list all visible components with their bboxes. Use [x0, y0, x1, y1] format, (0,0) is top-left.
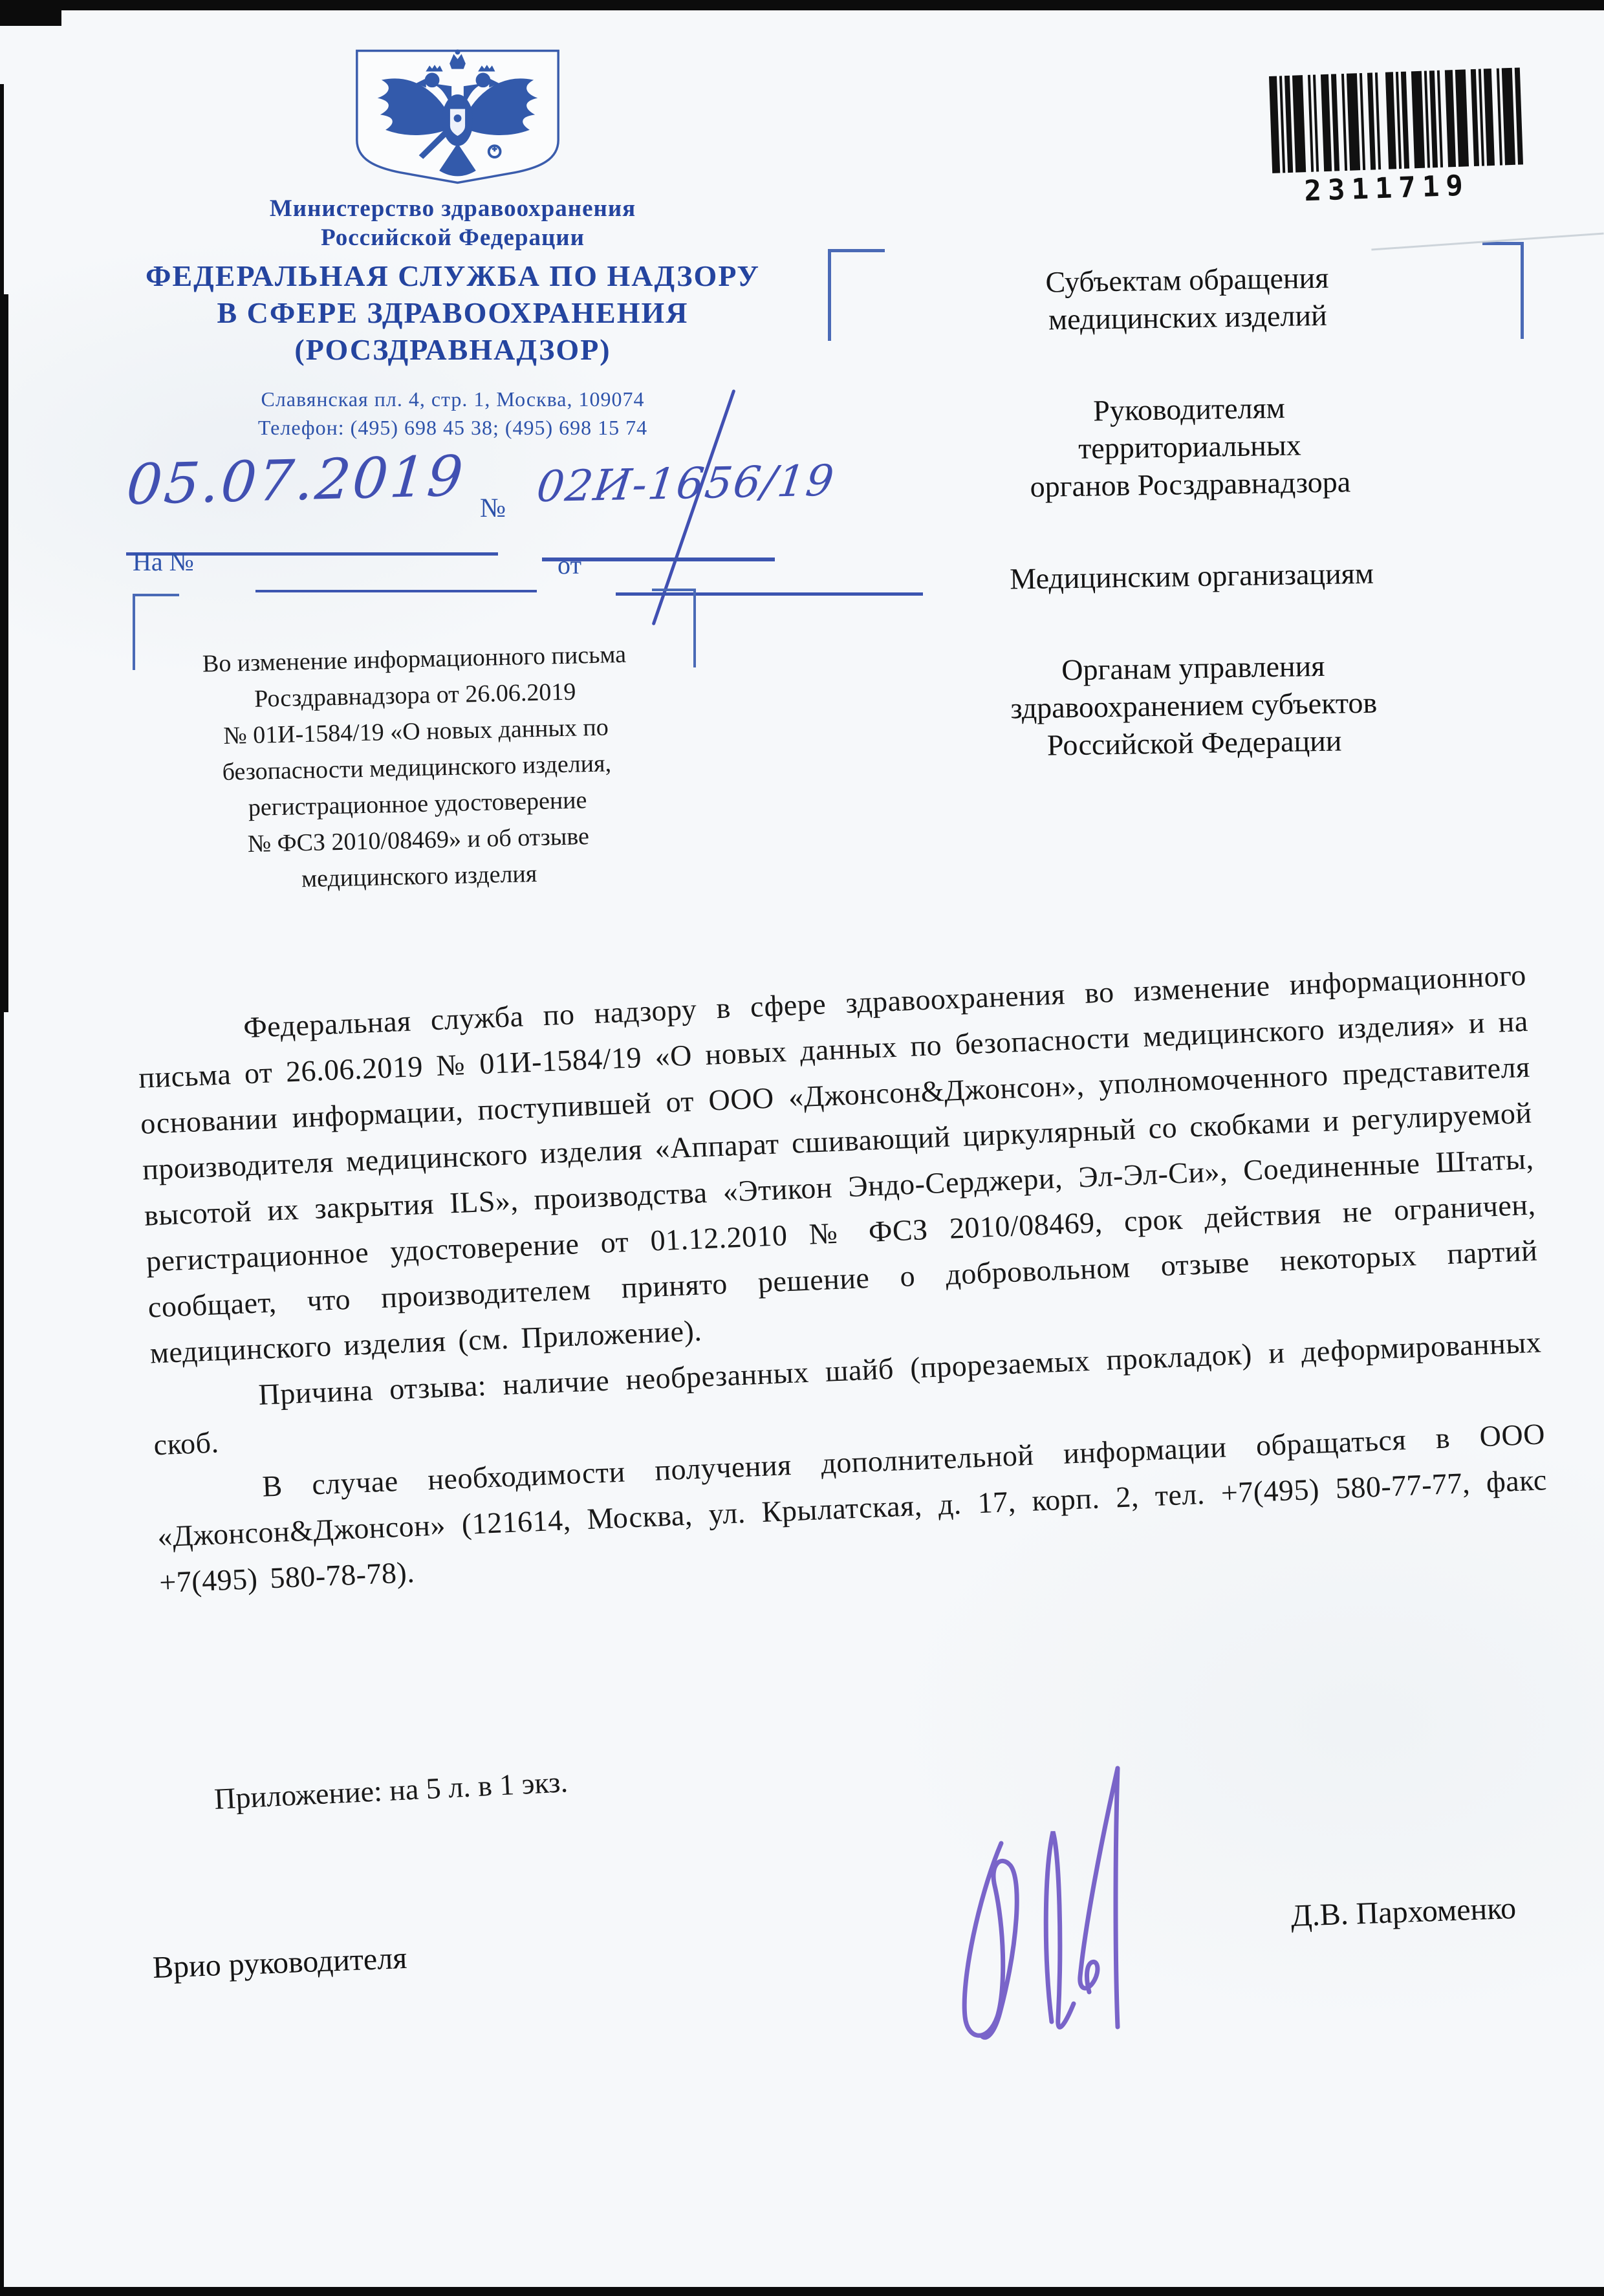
barcode: 2311719	[1269, 69, 1501, 209]
recipient-line: Медицинским организациям	[868, 552, 1515, 600]
reply-from-label: от	[558, 550, 581, 580]
scan-artifact-bottom-edge	[0, 2287, 1604, 2296]
recipient-group: Медицинским организациям	[868, 552, 1515, 600]
scan-artifact-top-edge	[0, 0, 1604, 10]
scan-artifact-left-edge-thick	[0, 294, 8, 1012]
corner-mark	[1521, 242, 1524, 339]
handwritten-date: 05.07.2019	[124, 444, 467, 517]
signature	[925, 1746, 1184, 2053]
ministry-line: Министерство здравоохранения	[123, 194, 783, 223]
coat-of-arms-icon	[349, 47, 566, 191]
barcode-bars	[1269, 69, 1500, 173]
scanned-letter-page: 2311719 Министерство здравоохранения Рос…	[0, 0, 1604, 2296]
corner-mark	[133, 594, 179, 596]
letter-subject: Во изменение информационного письма Росз…	[107, 634, 727, 901]
service-line: ФЕДЕРАЛЬНАЯ СЛУЖБА ПО НАДЗОРУ	[91, 257, 815, 294]
reply-to-number-label: На №	[133, 547, 194, 577]
barcode-number: 2311719	[1272, 168, 1501, 209]
ministry-line: Российской Федерации	[123, 223, 783, 252]
recipients-block: Субъектам обращения медицинских изделий …	[863, 256, 1519, 821]
handwritten-outgoing-number: 02И-1656/19	[534, 455, 838, 512]
corner-mark	[652, 589, 696, 591]
attachment-note: Приложение: на 5 л. в 1 экз.	[213, 1764, 569, 1816]
corner-mark	[828, 249, 885, 252]
corner-mark	[828, 249, 831, 341]
recipient-group: Руководителям территориальных органов Ро…	[865, 385, 1514, 508]
service-name: ФЕДЕРАЛЬНАЯ СЛУЖБА ПО НАДЗОРУ В СФЕРЕ ЗД…	[91, 257, 815, 368]
scan-artifact-top-left-blob	[0, 6, 61, 26]
letter-body: Федеральная служба по надзору в сфере зд…	[136, 952, 1550, 1605]
reply-number-blank-line	[255, 590, 537, 592]
ministry-name: Министерство здравоохранения Российской …	[123, 194, 783, 252]
phone-line: Телефон: (495) 698 45 38; (495) 698 15 7…	[123, 413, 783, 442]
service-line: (РОСЗДРАВНАДЗОР)	[91, 331, 815, 368]
contact-info: Славянская пл. 4, стр. 1, Москва, 109074…	[123, 385, 783, 442]
address-line: Славянская пл. 4, стр. 1, Москва, 109074	[123, 385, 783, 413]
recipient-group: Органам управления здравоохранением субъ…	[869, 644, 1518, 767]
scan-faint-line	[1371, 232, 1603, 250]
signer-title: Врио руководителя	[152, 1940, 407, 1986]
signer-name: Д.В. Пархоменко	[1290, 1890, 1517, 1934]
number-sign-label: №	[480, 493, 506, 524]
recipient-group: Субъектам обращения медицинских изделий	[863, 256, 1512, 341]
service-line: В СФЕРЕ ЗДРАВООХРАНЕНИЯ	[91, 294, 815, 331]
body-paragraph: Федеральная служба по надзору в сфере зд…	[136, 952, 1540, 1376]
